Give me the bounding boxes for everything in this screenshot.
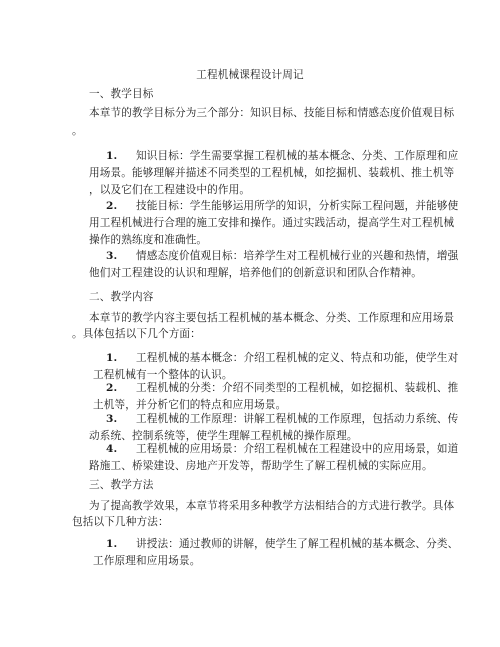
list-text: 工程机械的分类：介绍不同类型的工程机械，如挖掘机、装载机、推 [136,382,458,394]
section-intro-line: 。 [72,124,83,138]
list-item: 1.知识目标：学生需要掌握工程机械的基本概念、分类、工作原理和应 [106,149,458,163]
list-item: 2.技能目标：学生能够运用所学的知识，分析实际工程问题，并能够使 [106,199,458,213]
list-text: 动系统、控制系统等，使学生理解工程机械的操作原理。 [89,429,358,443]
list-text: 操作的熟练度和准确性。 [89,233,207,247]
section-intro-line: 包括以下几种方法： [72,515,169,529]
list-text: 知识目标：学生需要掌握工程机械的基本概念、分类、工作原理和应 [136,150,458,162]
list-number: 1. [106,149,136,163]
section-heading-methods: 三、教学方法 [89,478,153,492]
section-intro-line: 为了提高教学效果，本章节将采用多种教学方法相结合的方式进行教学。具体 [89,499,454,513]
section-heading-objectives: 一、教学目标 [89,87,153,101]
list-text: 工作原理和应用场景。 [93,554,200,568]
list-number: 4. [106,442,136,456]
list-text: 讲授法：通过教师的讲解，使学生了解工程机械的基本概念、分类、 [136,538,458,550]
list-text: 用工程机械进行合理的施工安排和操作。通过实践活动，提高学生对工程机械 [89,216,454,230]
list-number: 3. [106,412,136,426]
list-text: 用场景。能够理解并描述不同类型的工程机械，如挖掘机、装载机、推土机等 [89,166,454,180]
list-text: 他们对工程建设的认识和理解，培养他们的创新意识和团队合作精神。 [89,266,422,280]
list-number: 1. [106,351,136,365]
list-text: 工程机械的基本概念：介绍工程机械的定义、特点和功能，使学生对 [136,352,458,364]
list-text: 情感态度价值观目标：培养学生对工程机械行业的兴趣和热情，增强 [136,250,458,262]
list-number: 2. [106,381,136,395]
list-item: 1.讲授法：通过教师的讲解，使学生了解工程机械的基本概念、分类、 [106,537,458,551]
list-item: 4.工程机械的应用场景：介绍工程机械在工程建设中的应用场景，如道 [106,442,458,456]
list-text: 路施工、桥梁建设、房地产开发等，帮助学生了解工程机械的实际应用。 [89,459,433,473]
list-text: 工程机械有一个整体的认识。 [93,368,233,382]
section-intro-line: 本章节的教学内容主要包括工程机械的基本概念、分类、工作原理和应用场景 [89,311,454,325]
list-item: 3.工程机械的工作原理：讲解工程机械的工作原理，包括动力系统、传 [106,412,458,426]
list-number: 2. [106,199,136,213]
list-number: 3. [106,249,136,263]
section-intro-line: 本章节的教学目标分为三个部分：知识目标、技能目标和情感态度价值观目标 [89,106,454,120]
list-text: 工程机械的应用场景：介绍工程机械在工程建设中的应用场景，如道 [136,443,458,455]
list-text: 技能目标：学生能够运用所学的知识，分析实际工程问题，并能够使 [136,200,458,212]
list-item: 1.工程机械的基本概念：介绍工程机械的定义、特点和功能，使学生对 [106,351,458,365]
document-title: 工程机械课程设计周记 [0,68,500,82]
section-heading-content: 二、教学内容 [89,290,153,304]
list-text: ，以及它们在工程建设中的作用。 [89,183,250,197]
list-text: 工程机械的工作原理：讲解工程机械的工作原理，包括动力系统、传 [136,413,458,425]
list-item: 3.情感态度价值观目标：培养学生对工程机械行业的兴趣和热情，增强 [106,249,458,263]
section-intro-line: 。具体包括以下几个方面： [72,327,201,341]
list-text: 土机等，并分析它们的特点和应用场景。 [93,398,286,412]
list-number: 1. [106,537,136,551]
list-item: 2.工程机械的分类：介绍不同类型的工程机械，如挖掘机、装载机、推 [106,381,458,395]
document-page: 工程机械课程设计周记 一、教学目标 本章节的教学目标分为三个部分：知识目标、技能… [0,0,500,647]
